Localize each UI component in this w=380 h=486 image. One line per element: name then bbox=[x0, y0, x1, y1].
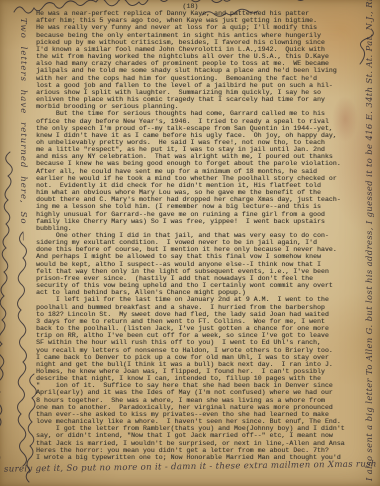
handwritten-scrawl-bottom-left bbox=[26, 372, 40, 478]
handwritten-scrawl-left-outer bbox=[2, 150, 16, 480]
typed-letter-text: (18) He was a near-perfect replica of Da… bbox=[36, 3, 366, 461]
scanned-letter-page: (18) He was a near-perfect replica of Da… bbox=[0, 0, 380, 486]
handwritten-scrawl-top bbox=[12, 2, 352, 18]
handwritten-note-right-margin: I also sent a big letter To Allen G. but… bbox=[364, 9, 374, 481]
